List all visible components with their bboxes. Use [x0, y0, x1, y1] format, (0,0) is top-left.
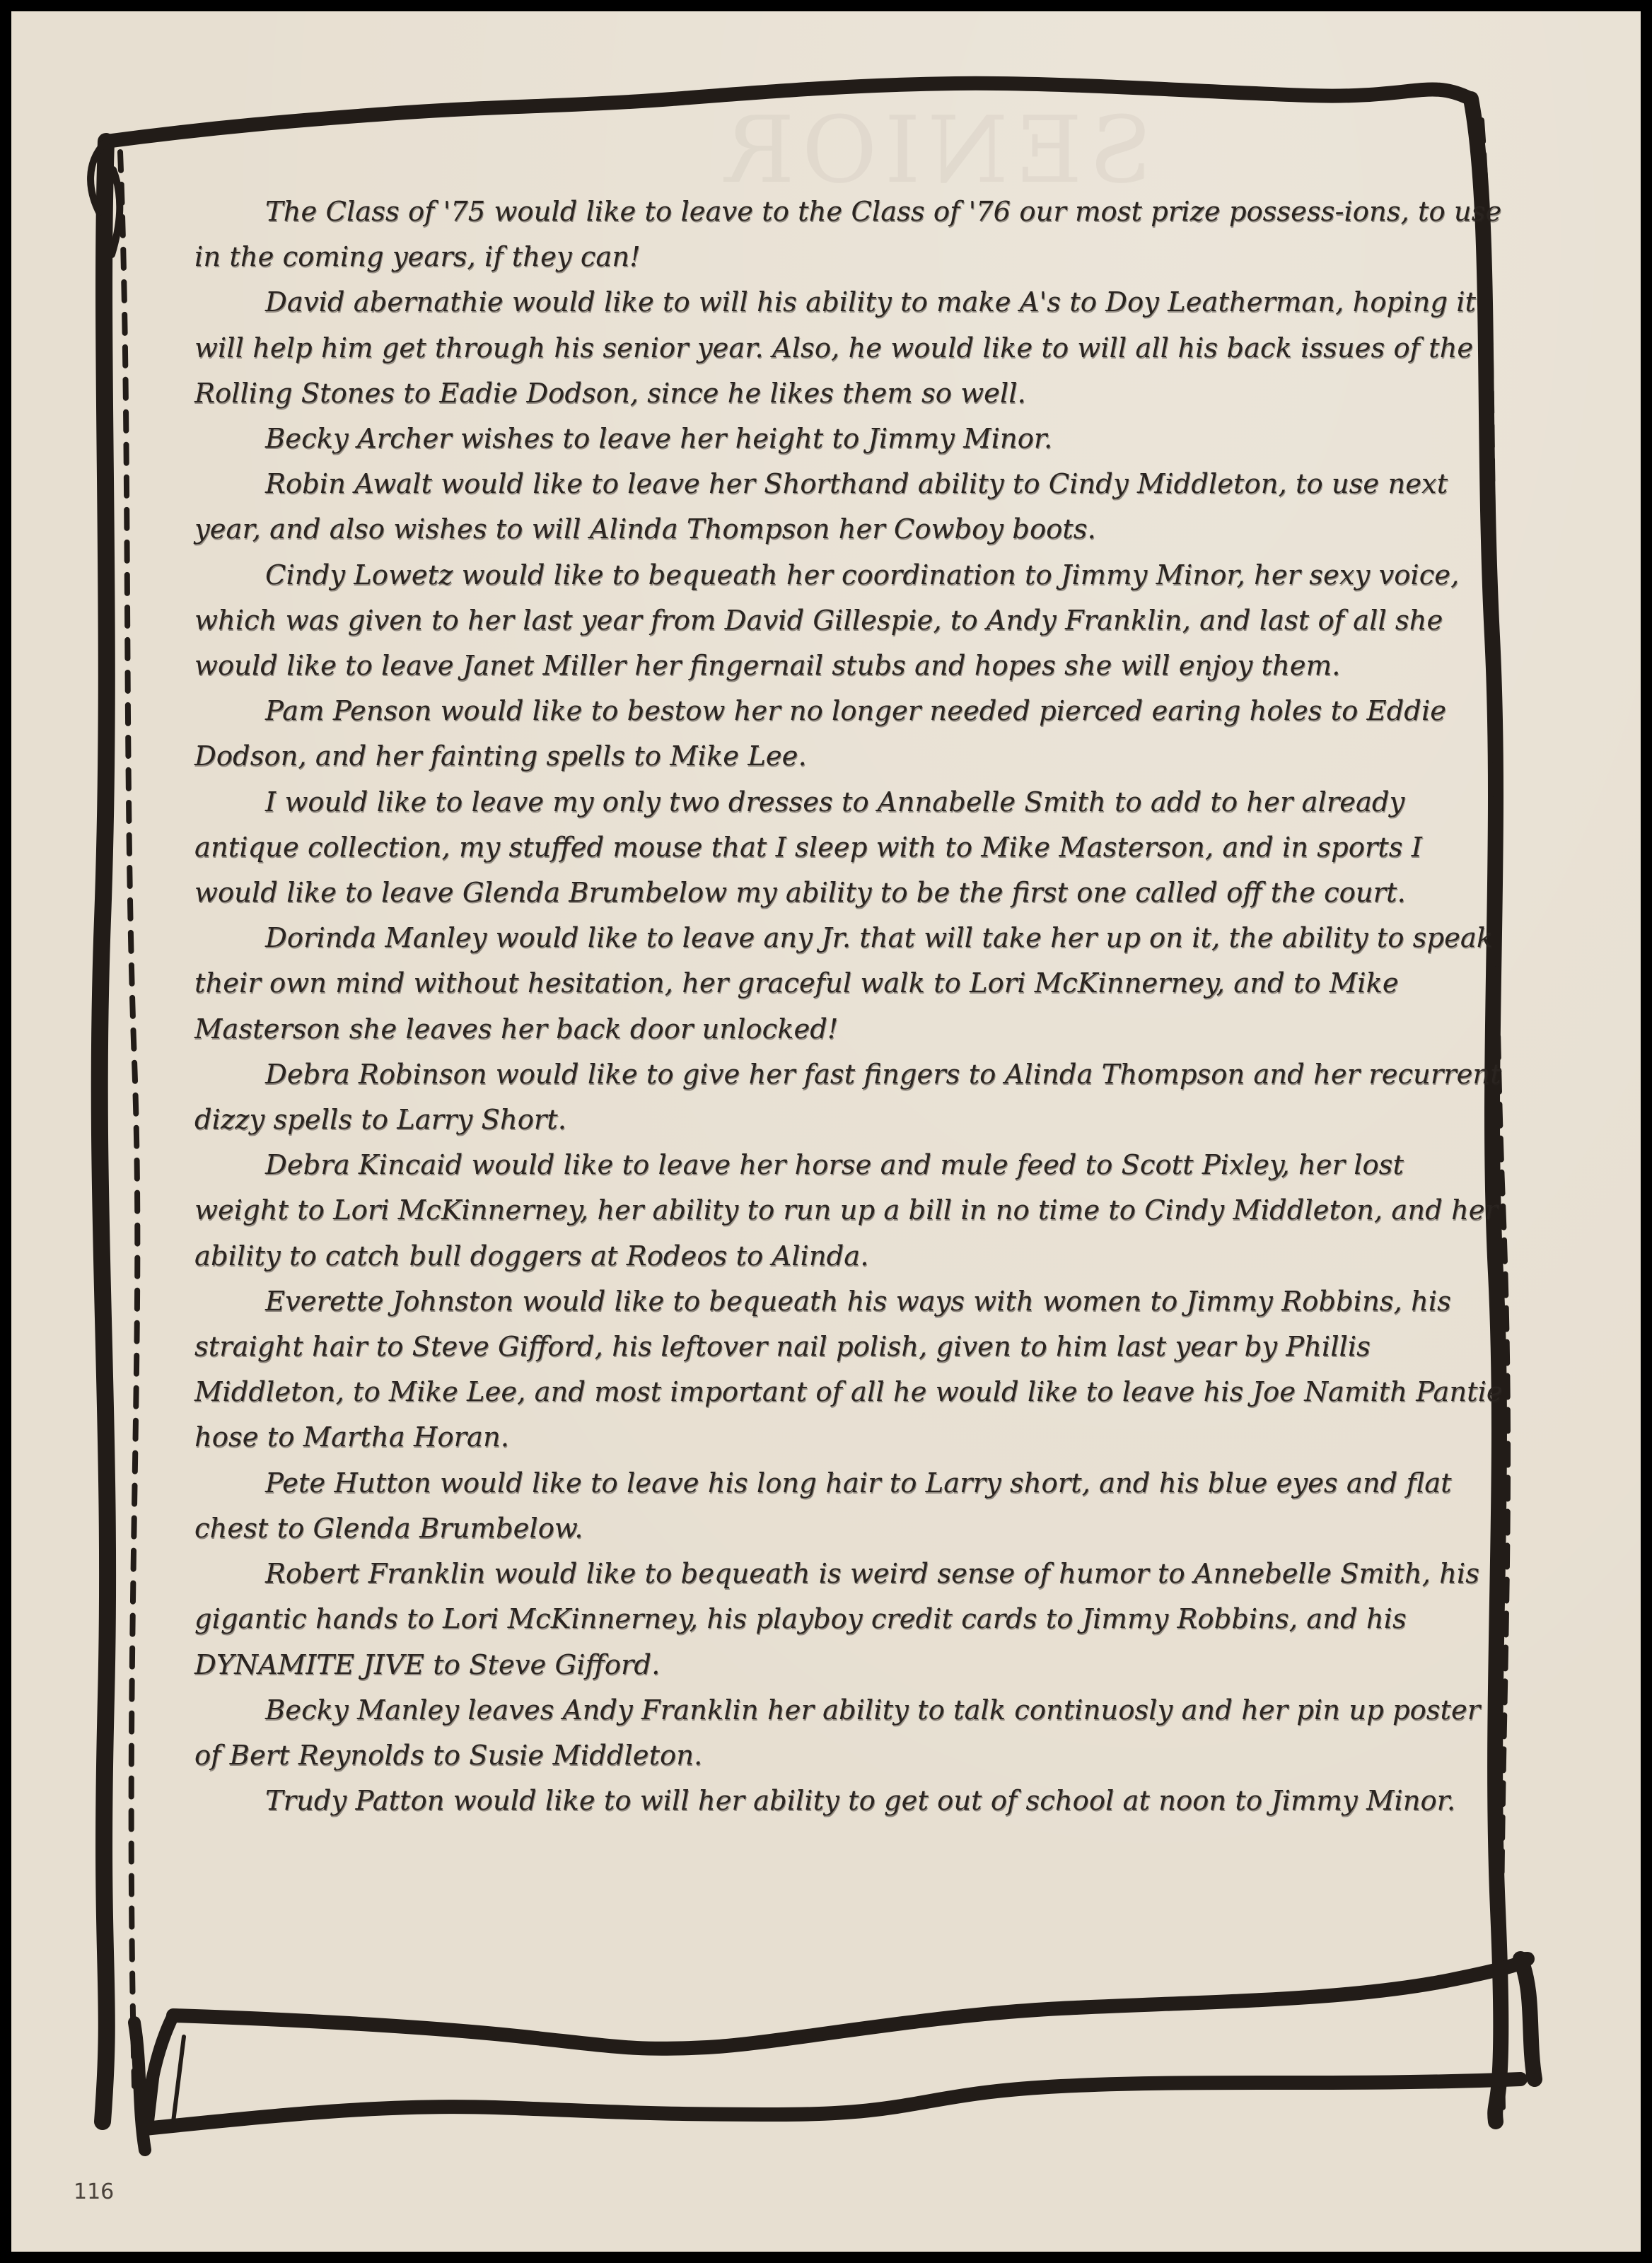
paragraph-will: Becky Manley leaves Andy Franklin her ab…	[194, 1688, 1503, 1779]
paragraph-will: Becky Archer wishes to leave her height …	[194, 417, 1503, 462]
paragraph-will: Cindy Lowetz would like to bequeath her …	[194, 553, 1503, 690]
paragraph-will: Everette Johnston would like to bequeath…	[194, 1279, 1503, 1461]
paragraph-will: Debra Robinson would like to give her fa…	[194, 1052, 1503, 1143]
paragraph-will: Pete Hutton would like to leave his long…	[194, 1461, 1503, 1552]
paragraph-will: Trudy Patton would like to will her abil…	[194, 1779, 1503, 1824]
paragraph-will: Robin Awalt would like to leave her Shor…	[194, 462, 1503, 552]
page-number: 116	[74, 2180, 114, 2204]
paragraph-will: Robert Franklin would like to bequeath i…	[194, 1552, 1503, 1688]
paragraph-will: Dorinda Manley would like to leave any J…	[194, 916, 1503, 1052]
paragraph-will: Debra Kincaid would like to leave her ho…	[194, 1143, 1503, 1279]
paragraph-will: Pam Penson would like to bestow her no l…	[194, 689, 1503, 779]
class-will-text: The Class of '75 would like to leave to …	[194, 190, 1503, 1824]
paragraph-will: David abernathie would like to will his …	[194, 280, 1503, 417]
paragraph-intro: The Class of '75 would like to leave to …	[194, 190, 1503, 280]
paragraph-will: I would like to leave my only two dresse…	[194, 780, 1503, 917]
bleed-through-heading: SENIOR	[719, 96, 1153, 204]
